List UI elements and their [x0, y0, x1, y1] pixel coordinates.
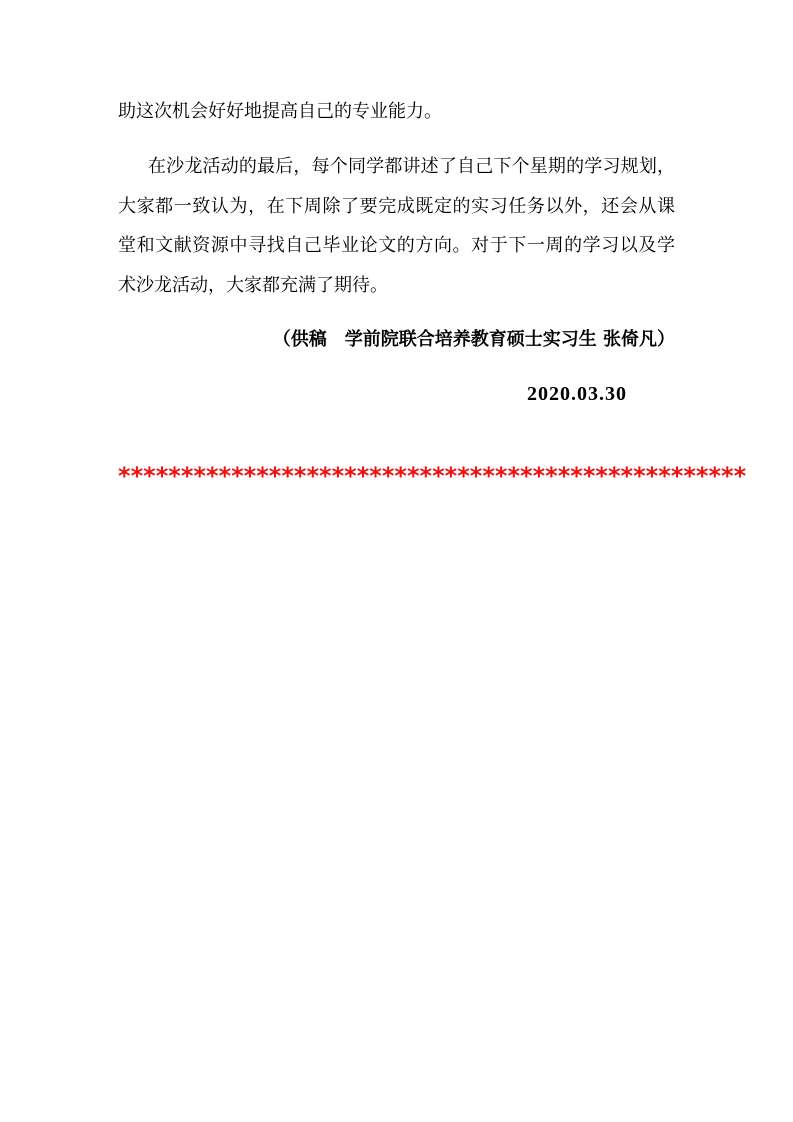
byline: （供稿 学前院联合培养教育硕士实习生 张倚凡） — [118, 327, 675, 353]
paragraph-1-line-1: 助这次机会好好地提高自己的专业能力。 — [118, 99, 675, 125]
paragraph-2-line-3: 堂和文献资源中寻找自己毕业论文的方向。对于下一周的学习以及学 — [118, 233, 675, 259]
date: 2020.03.30 — [118, 381, 675, 407]
asterisk-separator-line: ****************************************… — [118, 464, 665, 488]
paragraph-2-line-2: 大家都一致认为，在下周除了要完成既定的实习任务以外，还会从课 — [118, 194, 675, 220]
paragraph-2-line-4: 术沙龙活动，大家都充满了期待。 — [118, 273, 675, 299]
document-page: 助这次机会好好地提高自己的专业能力。 在沙龙活动的最后，每个同学都讲述了自己下个… — [0, 0, 793, 1122]
paragraph-2-line-1: 在沙龙活动的最后，每个同学都讲述了自己下个星期的学习规划， — [118, 154, 675, 180]
